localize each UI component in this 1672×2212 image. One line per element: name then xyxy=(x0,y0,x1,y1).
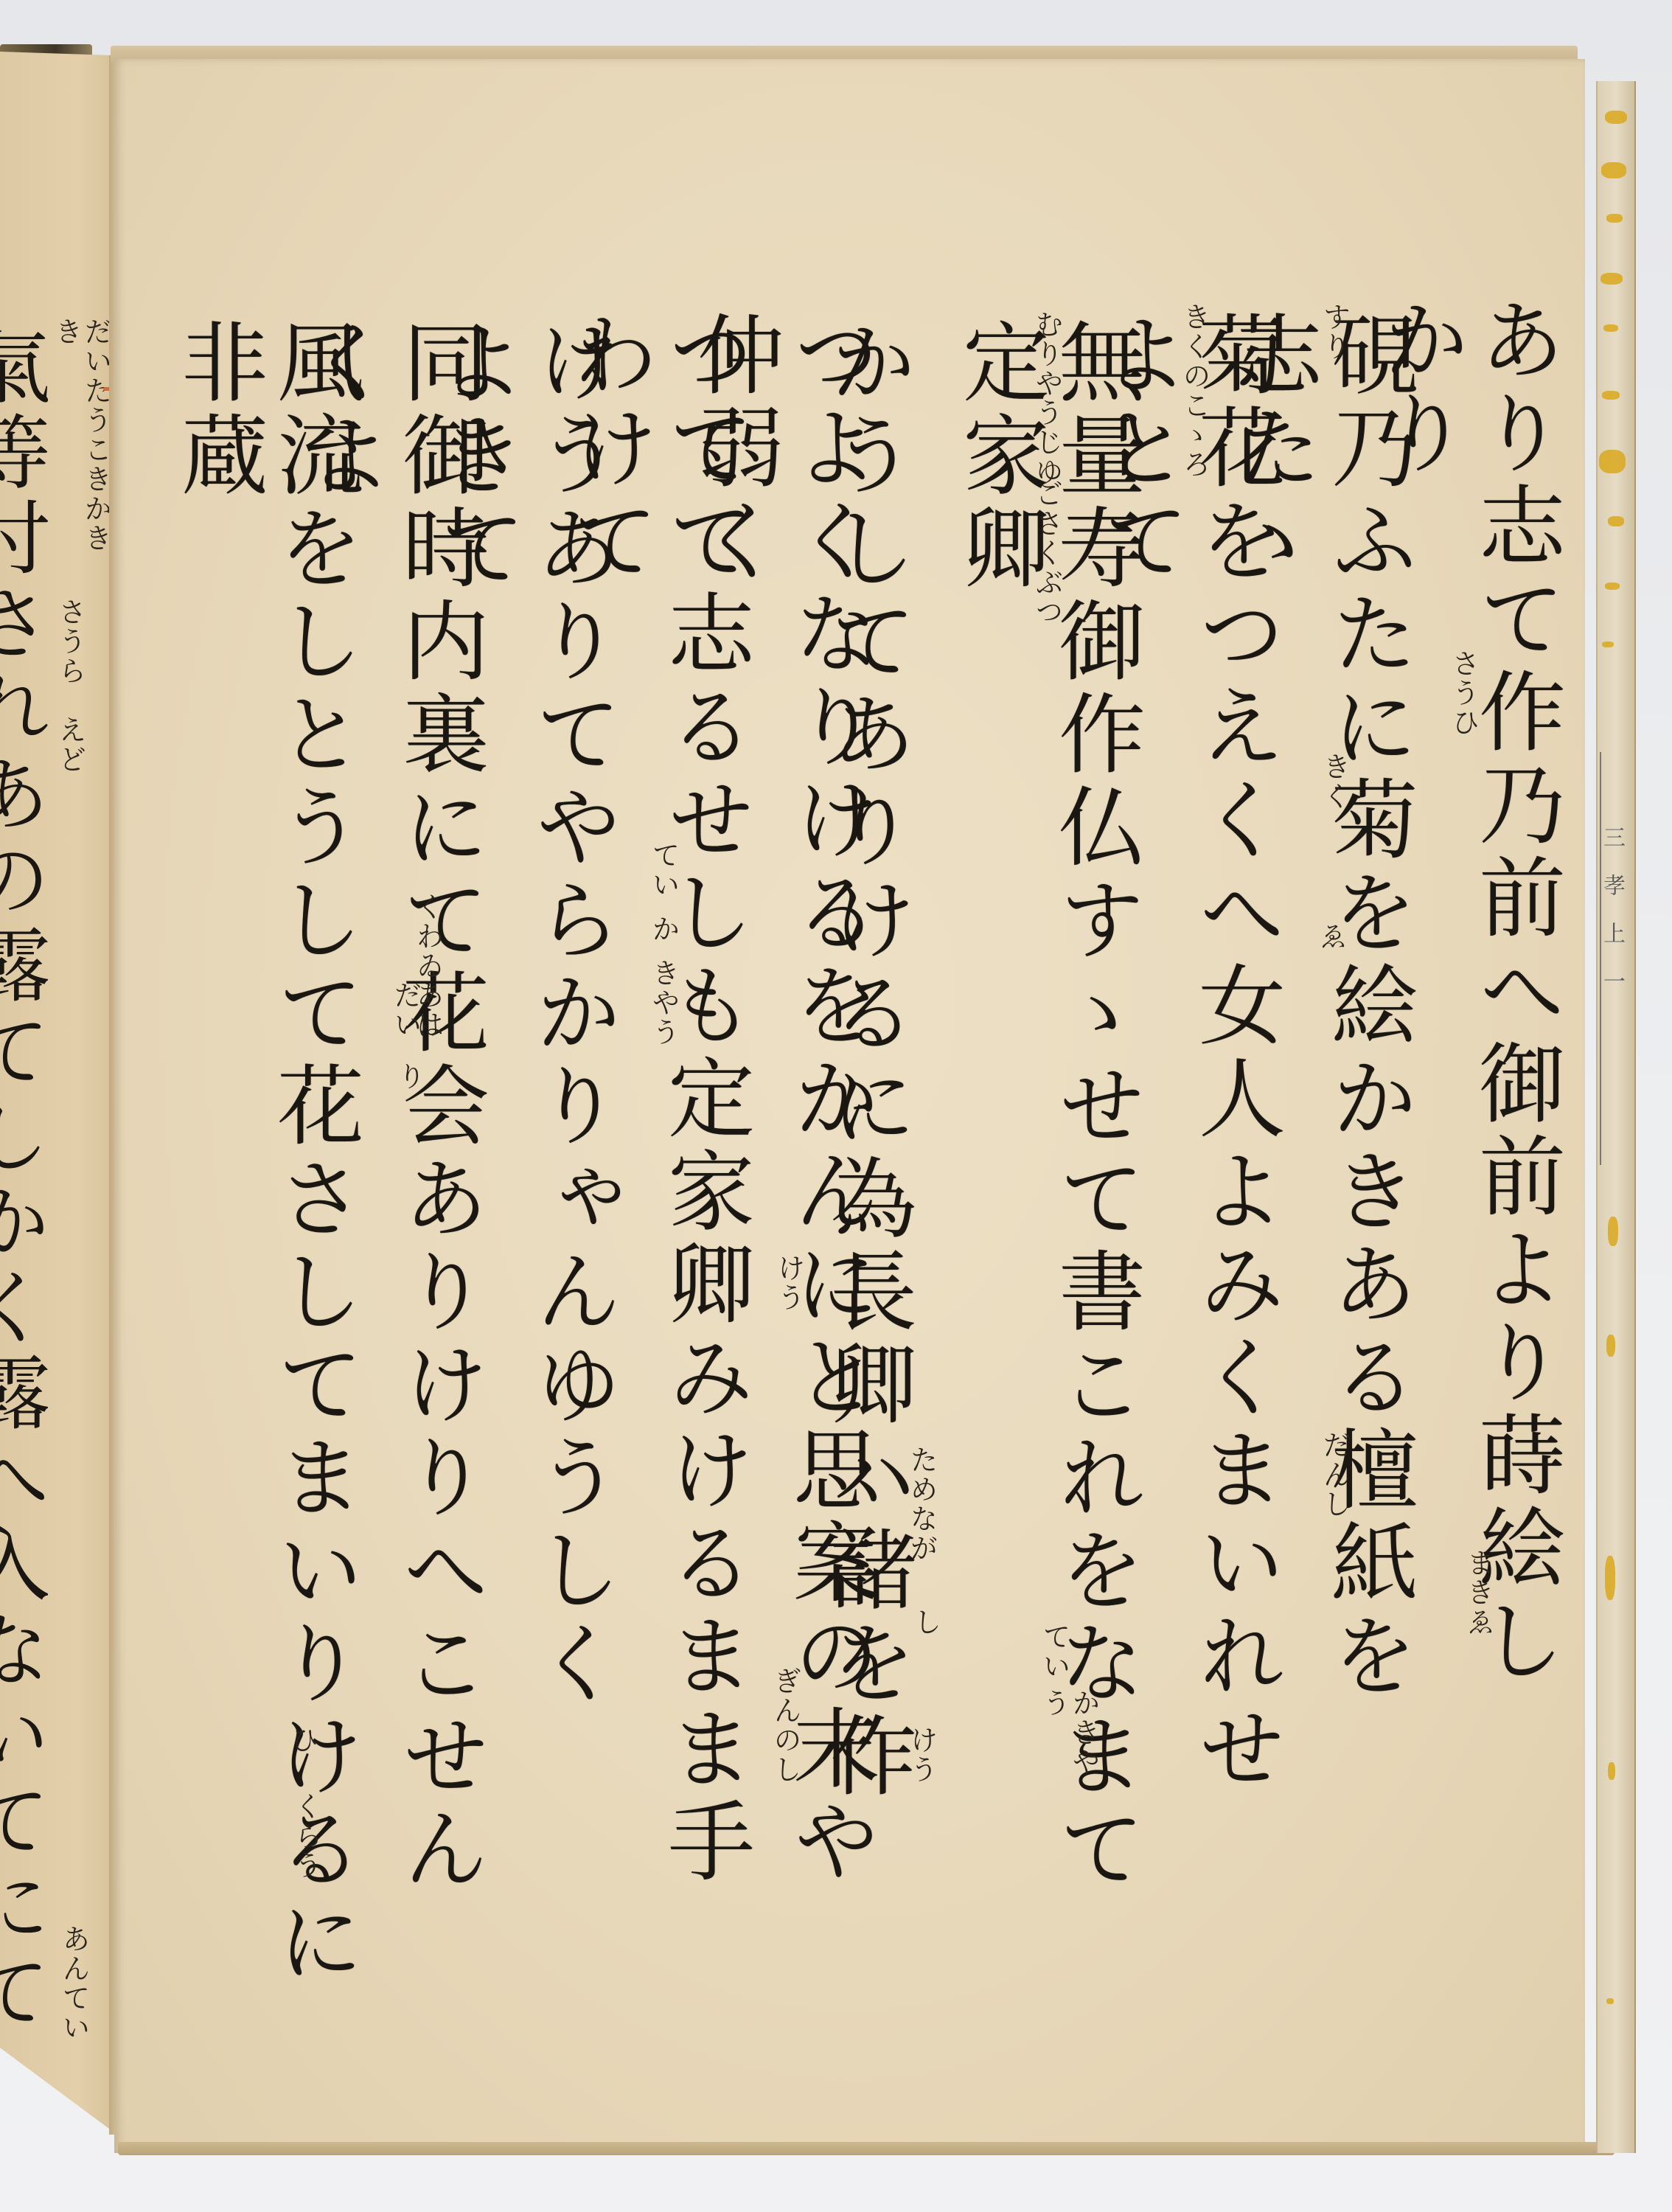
ruby-c2-c: ゑ xyxy=(1316,922,1345,966)
ruby-c2-a: すり xyxy=(1320,302,1349,391)
ruby-c7-b: か xyxy=(649,914,678,951)
ruby-c4-b: ごさくぶつ xyxy=(1032,479,1062,634)
left-ruby-top: だいたうこきかきき xyxy=(52,317,111,568)
ruby-c9-c: くわゐあは xyxy=(413,892,442,1062)
ruby-c1-a: さうひ xyxy=(1449,649,1478,782)
ruby-c5-a: ためなが xyxy=(907,1445,936,1571)
ruby-c6-a: けう xyxy=(774,1253,804,1327)
open-book: 氣等付されあの露てしかく露へ入ないてにて向睡 だいたうこきかきき さうら えど … xyxy=(0,0,1672,2212)
ruby-c4-c: てい xyxy=(1039,1622,1069,1688)
ruby-c6-b: ぎんのし xyxy=(770,1666,800,1792)
ruby-c5-c: けう xyxy=(907,1725,936,1799)
ruby-c1-b: まきゑ xyxy=(1463,1548,1493,1681)
left-ruby-lower: あんてい xyxy=(59,1924,88,2072)
fore-edge-label: 三 孝 上 一 xyxy=(1600,752,1628,1165)
left-ruby-mid2: えど xyxy=(55,715,85,782)
ruby-c2-d: だんし xyxy=(1320,1430,1349,1526)
left-page: 氣等付されあの露てしかく露へ入ないてにて向睡 だいたうこきかきき さうら えど … xyxy=(0,52,112,2131)
ruby-c7-a: てい xyxy=(649,841,678,907)
page-stack-bottom xyxy=(118,2142,1614,2155)
ruby-c9-b: り xyxy=(394,1062,424,1099)
ruby-c2-b: きく xyxy=(1320,752,1349,818)
left-ruby-mid: さうら xyxy=(55,597,85,686)
ruby-c4-a: むりやうじゆ xyxy=(1032,310,1062,487)
ruby-c10-a: ひ xyxy=(288,1725,317,1762)
text-column-10: 風流をしとうして花さしてまいりけるに非蔵 xyxy=(170,317,361,2057)
ruby-c4-d: かきやう xyxy=(1039,1688,1098,1784)
ruby-c10-b: くらう xyxy=(291,1792,321,1902)
ruby-c5-b: し xyxy=(910,1607,940,1644)
ruby-c7-c: きやう xyxy=(649,959,678,1054)
left-page-column: 氣等付されあの露てしかく露へ入ないてにて向睡 xyxy=(0,324,48,2116)
ruby-c3-a: きくのこゝろ xyxy=(1180,302,1209,516)
